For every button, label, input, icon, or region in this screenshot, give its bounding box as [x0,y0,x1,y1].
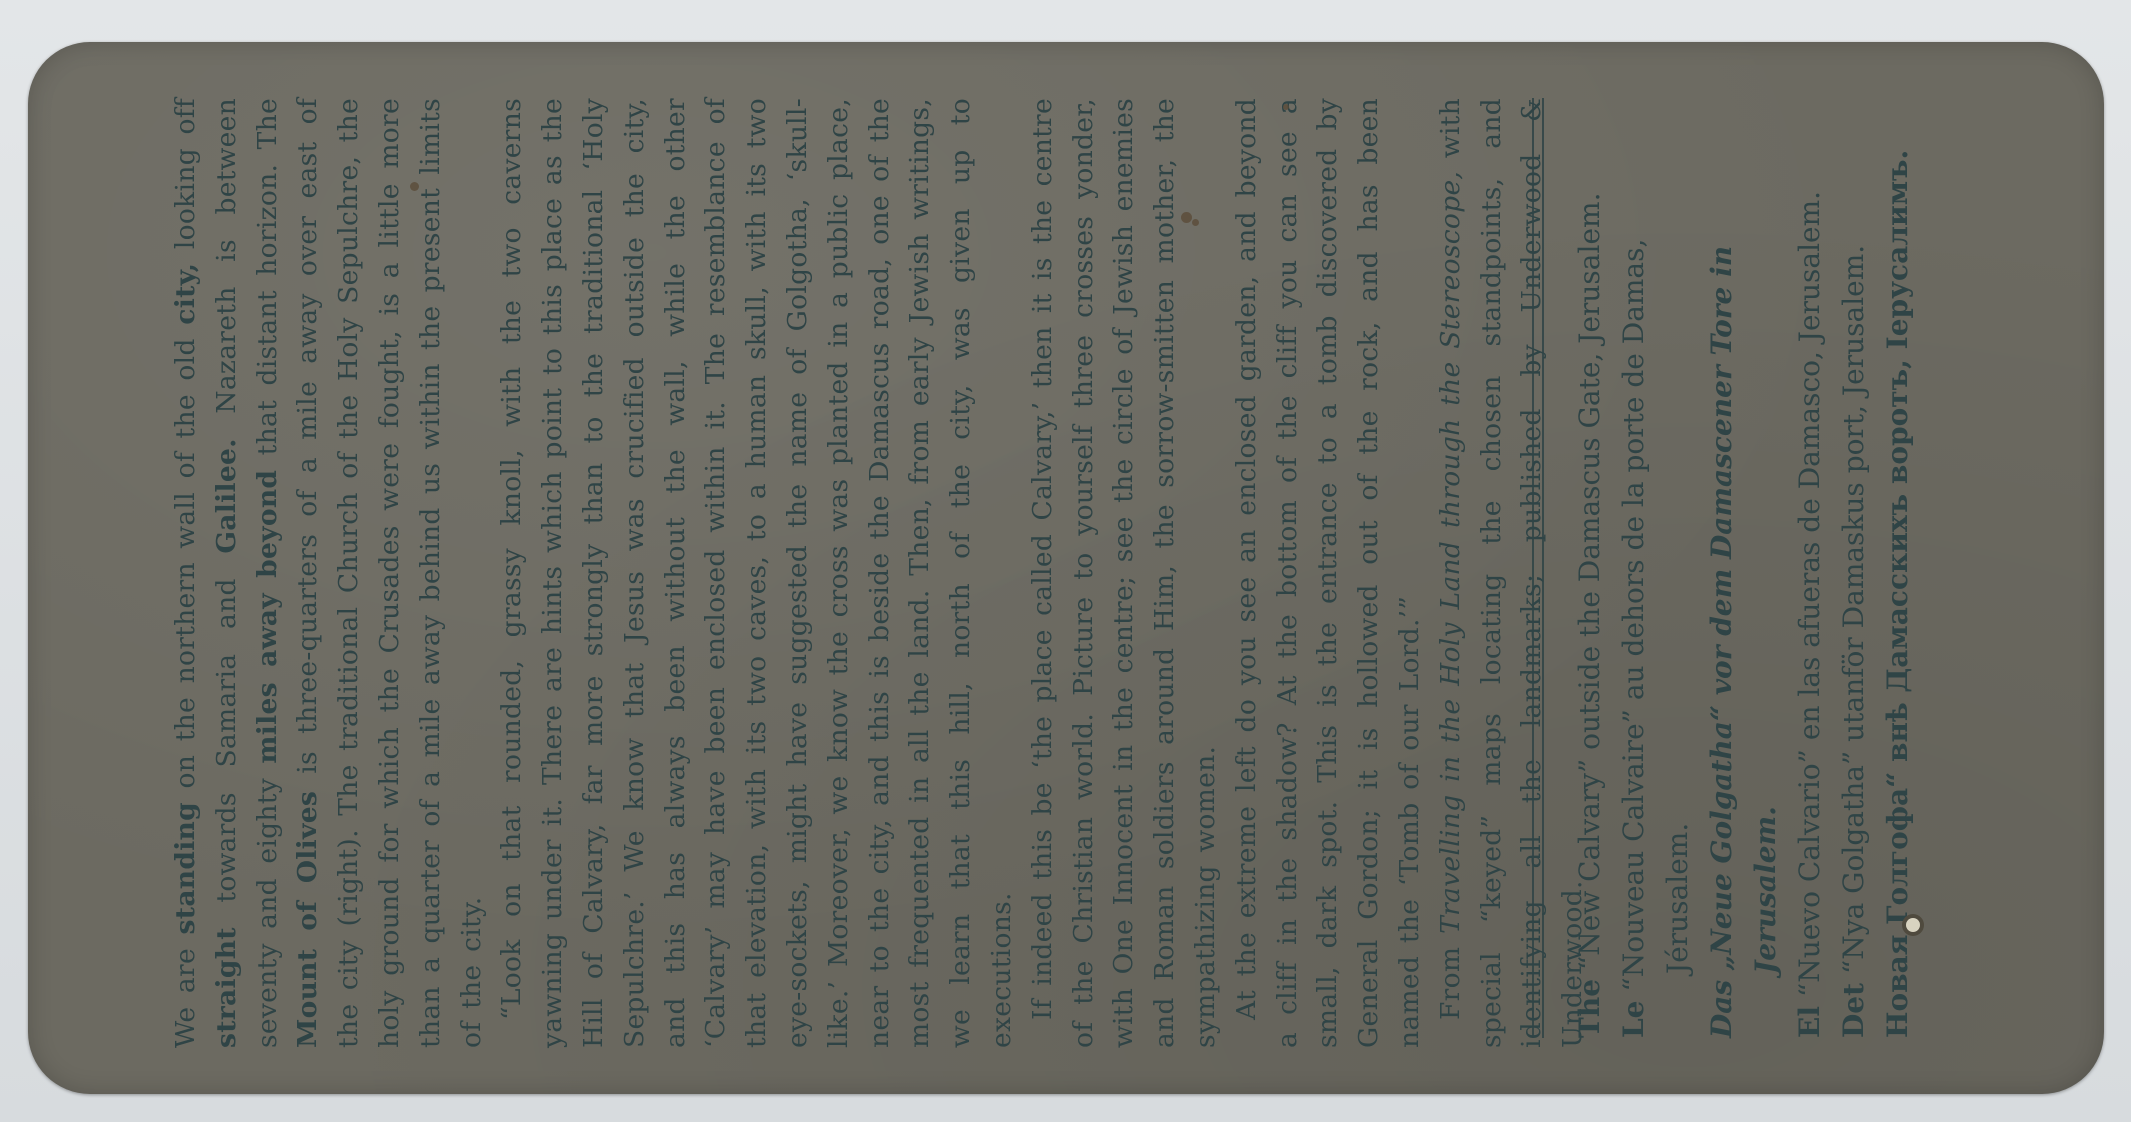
text-segment: standing [170,802,201,934]
text-segment: We are [170,934,201,1048]
caption-lead: Новая [1881,935,1914,1038]
caption-lead: Das [1705,980,1738,1038]
foxing-spot [410,182,419,191]
text-segment: towards Samaria and [211,554,242,928]
paragraph-centre-of-world: If indeed this be ‘the place called Calv… [1023,98,1227,1048]
caption-french: Le “Nouveau Calvaire” au dehors de la po… [1612,98,1700,1038]
caption-text: Голгофа“ внѣ Дамасскихъ воротъ, Іерусали… [1881,150,1914,925]
stereoview-card-back: We are standing on the northern wall of … [28,42,2104,1094]
paragraph-calvary-quote: “Look on that rounded, grassy knoll, wit… [492,98,1022,1048]
text-segment: miles away beyond [252,470,283,764]
text-segment: “Look on that rounded, grassy knoll, wit… [496,98,1017,1048]
foxing-spot [1181,212,1192,223]
caption-text: “Nuevo Calvario” en las afueras de Damas… [1793,191,1826,997]
text-segment: Mount of Olives [292,791,323,1048]
text-segment: At the extreme left do you see an enclos… [1231,98,1425,1048]
text-segment: looking off [170,98,201,263]
text-segment: From [1435,934,1466,1020]
scan-background: We are standing on the northern wall of … [0,0,2131,1122]
double-rule-divider [1532,98,1544,1038]
text-segment: on the northern wall of the old [170,325,201,802]
caption-english: The “New Calvary” outside the Damascus G… [1568,98,1612,1038]
caption-lead: El [1793,1006,1826,1038]
caption-lead: Det [1837,983,1870,1038]
caption-swedish: Det “Nya Golgatha” utanför Damaskus port… [1832,98,1876,1038]
text-segment: If indeed this be ‘the place called Calv… [1027,98,1221,1048]
caption-russian: Новая Голгофа“ внѣ Дамасскихъ воротъ, Іе… [1876,98,1920,1038]
paragraph-intro: We are standing on the northern wall of … [166,98,492,1048]
paragraph-gordon-tomb: At the extreme left do you see an enclos… [1227,98,1431,1048]
foxing-spot [1283,104,1289,110]
text-segment: Galilee. [211,438,242,553]
caption-text: “New Calvary” outside the Damascus Gate,… [1573,193,1606,971]
caption-spanish: El “Nuevo Calvario” en las afueras de Da… [1788,98,1832,1038]
foxing-spot [1192,219,1199,226]
caption-lead: Le [1617,1000,1650,1038]
caption-text: „Neue Golgatha“ vor dem Damascener Tore … [1705,246,1782,974]
text-segment: Travelling in the Holy Land through the … [1435,171,1466,934]
caption-german: Das „Neue Golgatha“ vor dem Damascener T… [1700,98,1788,1038]
text-segment: city, [170,263,201,325]
text-segment: straight [211,927,242,1048]
description-text: We are standing on the northern wall of … [126,58,1526,1078]
caption-text: “Nya Golgatha” utanför Damaskus port, Je… [1837,245,1870,974]
rotated-text-frame: We are standing on the northern wall of … [126,58,2006,1078]
multilingual-captions: The “New Calvary” outside the Damascus G… [1544,58,1920,1078]
pin-hole [1906,918,1920,932]
caption-lead: The [1573,979,1606,1038]
text-segment: that distant horizon. The [252,98,283,470]
caption-text: “Nouveau Calvaire” au dehors de la porte… [1617,239,1694,992]
